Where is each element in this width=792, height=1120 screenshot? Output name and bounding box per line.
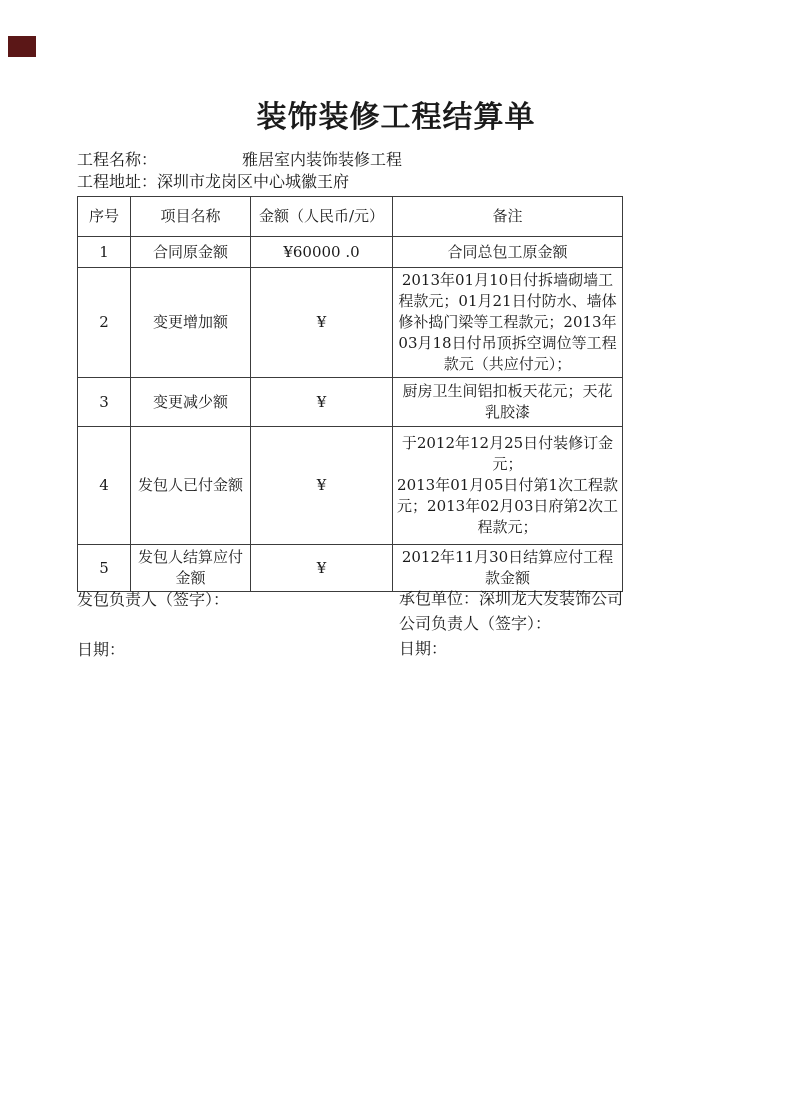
table-row: 4 发包人已付金额 ¥ 于2012年12月25日付装修订金元； 2013年01月…: [78, 427, 623, 545]
page-title: 装饰装修工程结算单: [0, 92, 792, 136]
header-item: 项目名称: [131, 197, 251, 237]
table-row: 1 合同原金额 ¥60000 .0 合同总包工原金额: [78, 237, 623, 268]
cell-no: 3: [78, 378, 131, 427]
cell-no: 2: [78, 268, 131, 378]
cell-item: 合同原金额: [131, 237, 251, 268]
project-name-value: 雅居室内装饰装修工程: [242, 150, 402, 169]
footer-contractor-block: 承包单位：深圳龙大发装饰公司 公司负责人（签字）： 日期：: [399, 586, 623, 661]
cell-item: 变更增加额: [131, 268, 251, 378]
project-address-row: 工程地址：深圳市龙岗区中心城徽王府: [77, 171, 622, 193]
header-no: 序号: [78, 197, 131, 237]
employer-sign-label: 发包负责人（签字）：: [77, 588, 229, 612]
cell-amount: ¥: [251, 378, 393, 427]
cell-amount: ¥: [251, 427, 393, 545]
cell-amount: ¥: [251, 268, 393, 378]
cell-remark: 厨房卫生间铝扣板天花元；天花乳胶漆: [393, 378, 623, 427]
employer-date-label: 日期：: [77, 638, 229, 662]
cell-remark: 2012年11月30日结算应付工程款金额: [393, 545, 623, 592]
table-row: 2 变更增加额 ¥ 2013年01月10日付拆墙砌墙工程款元；01月21日付防水…: [78, 268, 623, 378]
red-mark: [8, 36, 36, 57]
project-name-label: 工程名称：: [77, 150, 157, 169]
contractor-sign-label: 公司负责人（签字）：: [399, 611, 623, 636]
footer-employer-block: 发包负责人（签字）： 日期：: [77, 588, 229, 662]
document-page: 装饰装修工程结算单 工程名称：雅居室内装饰装修工程 工程地址：深圳市龙岗区中心城…: [0, 0, 792, 1120]
header-amount: 金额（人民币/元）: [251, 197, 393, 237]
table-row: 5 发包人结算应付金额 ¥ 2012年11月30日结算应付工程款金额: [78, 545, 623, 592]
cell-item: 变更减少额: [131, 378, 251, 427]
contractor-company-label: 承包单位：深圳龙大发装饰公司: [399, 586, 623, 611]
project-address-value: 深圳市龙岗区中心城徽王府: [157, 172, 349, 191]
cell-remark: 2013年01月10日付拆墙砌墙工程款元；01月21日付防水、墙体修补捣门梁等工…: [393, 268, 623, 378]
contractor-date-label: 日期：: [399, 636, 623, 661]
cell-no: 4: [78, 427, 131, 545]
cell-no: 5: [78, 545, 131, 592]
cell-item: 发包人已付金额: [131, 427, 251, 545]
cell-amount: ¥60000 .0: [251, 237, 393, 268]
project-meta: 工程名称：雅居室内装饰装修工程 工程地址：深圳市龙岗区中心城徽王府: [77, 149, 622, 193]
settlement-table: 序号 项目名称 金额（人民币/元） 备注 1 合同原金额 ¥60000 .0 合…: [77, 196, 623, 592]
table-header-row: 序号 项目名称 金额（人民币/元） 备注: [78, 197, 623, 237]
cell-amount: ¥: [251, 545, 393, 592]
project-address-label: 工程地址：: [77, 172, 157, 191]
project-name-row: 工程名称：雅居室内装饰装修工程: [77, 149, 622, 171]
table-row: 3 变更减少额 ¥ 厨房卫生间铝扣板天花元；天花乳胶漆: [78, 378, 623, 427]
header-remark: 备注: [393, 197, 623, 237]
cell-no: 1: [78, 237, 131, 268]
cell-item: 发包人结算应付金额: [131, 545, 251, 592]
cell-remark: 合同总包工原金额: [393, 237, 623, 268]
cell-remark: 于2012年12月25日付装修订金元； 2013年01月05日付第1次工程款元；…: [393, 427, 623, 545]
